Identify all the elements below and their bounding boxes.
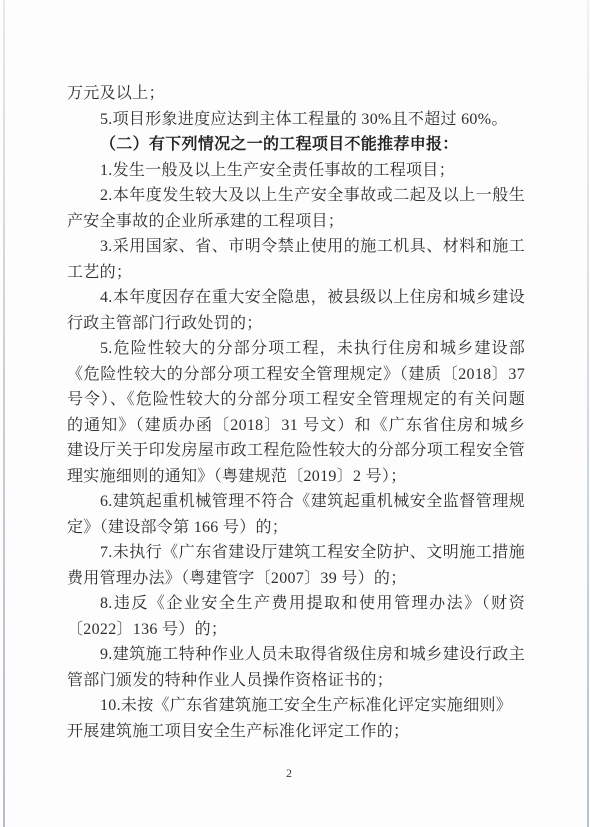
text-line: 9.建筑施工特种作业人员未取得省级住房和城乡建设行政主 — [67, 642, 525, 668]
text-line: 5.危险性较大的分部分项工程，未执行住房和城乡建设部 — [67, 336, 525, 362]
text-line: 定》（建设部令第 166 号）的； — [67, 515, 525, 541]
text-line: 产安全事故的企业所承建的工程项目； — [67, 209, 525, 235]
text-line: 〔2022〕136 号）的； — [67, 617, 525, 643]
text-line: 管部门颁发的特种作业人员操作资格证书的； — [67, 668, 525, 694]
text-line: 工艺的； — [67, 260, 525, 286]
text-line: 7.未执行《广东省建设厅建筑工程安全防护、文明施工措施 — [67, 540, 525, 566]
text-line: 号令）、《危险性较大的分部分项工程安全管理规定的有关问题 — [67, 387, 525, 413]
text-line: 理实施细则的通知》（粤建规范〔2019〕2 号）； — [67, 464, 525, 490]
text-line: 1.发生一般及以上生产安全责任事故的工程项目； — [67, 158, 525, 184]
text-line: 《危险性较大的分部分项工程安全管理规定》（建质〔2018〕37 — [67, 362, 525, 388]
text-line: 开展建筑施工项目安全生产标准化评定工作的； — [67, 719, 525, 745]
document-body: 万元及以上； 5.项目形象进度应达到主体工程量的 30%且不超过 60%。 （二… — [67, 81, 525, 744]
text-line: 3.采用国家、省、市明令禁止使用的施工机具、材料和施工 — [67, 234, 525, 260]
text-line: 行政主管部门行政处罚的； — [67, 311, 525, 337]
scan-edge-artifact-left — [3, 0, 5, 827]
page-number: 2 — [0, 766, 578, 781]
text-line: 费用管理办法》（粤建管字〔2007〕39 号）的； — [67, 566, 525, 592]
scan-edge-artifact-right — [587, 0, 589, 827]
text-line: 的通知》（建质办函〔2018〕31 号文）和《广东省住房和城乡 — [67, 413, 525, 439]
document-page: 万元及以上； 5.项目形象进度应达到主体工程量的 30%且不超过 60%。 （二… — [0, 0, 590, 827]
section-heading: （二）有下列情况之一的工程项目不能推荐申报： — [67, 132, 525, 158]
text-line: 建设厅关于印发房屋市政工程危险性较大的分部分项工程安全管 — [67, 438, 525, 464]
text-line: 8.违反《企业安全生产费用提取和使用管理办法》（财资 — [67, 591, 525, 617]
text-line: 4.本年度因存在重大安全隐患，被县级以上住房和城乡建设 — [67, 285, 525, 311]
text-line: 10.未按《广东省建筑施工安全生产标准化评定实施细则》 — [67, 693, 525, 719]
text-line: 5.项目形象进度应达到主体工程量的 30%且不超过 60%。 — [67, 107, 525, 133]
text-line: 2.本年度发生较大及以上生产安全事故或二起及以上一般生 — [67, 183, 525, 209]
text-line: 6.建筑起重机械管理不符合《建筑起重机械安全监督管理规 — [67, 489, 525, 515]
text-line: 万元及以上； — [67, 81, 525, 107]
